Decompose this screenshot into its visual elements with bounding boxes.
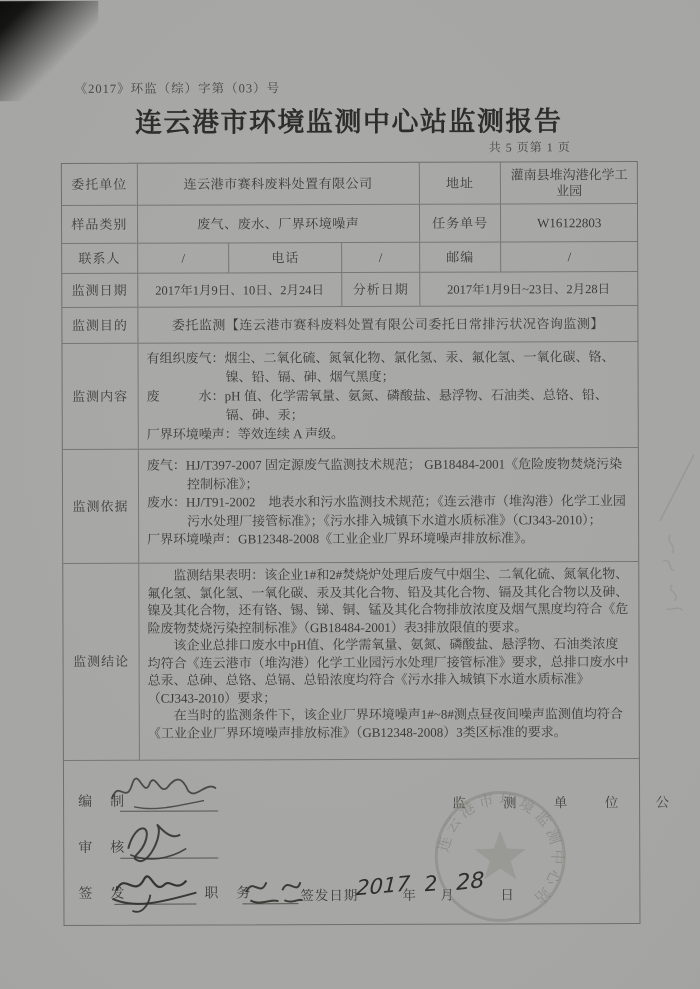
basis-item-head: 废水： <box>147 495 186 510</box>
monitor-purpose-value: 委托监测【连云港市赛科废料处置有限公司委托日常排污状况咨询监测】 <box>138 306 637 343</box>
monitor-date-value: 2017年1月9日、10日、2月24日 <box>138 273 342 307</box>
monitor-date-label: 监测日期 <box>62 274 138 307</box>
content-item-text: pH 值、化学需氧量、氨氮、磷酸盐、悬浮物、石油类、总铬、铅、镉、砷、汞； <box>225 387 608 422</box>
page-title: 连云港市环境监测中心站监测报告 <box>0 99 699 140</box>
monitor-purpose-label: 监测目的 <box>62 308 138 343</box>
entrust-unit-label: 委托单位 <box>62 164 138 205</box>
content-item-noise: 厂界环境噪声：等效连续 A 声级。 <box>147 423 630 444</box>
postcode-value: / <box>502 242 638 271</box>
table-row: 监测依据 废气：HJ/T397-2007 固定源废气监测技术规范； GB1848… <box>63 448 638 564</box>
table-row: 监测内容 有组织废气：烟尘、二氧化硫、氮氧化物、氯化氢、汞、氟化氢、一氧化碳、铬… <box>62 342 637 450</box>
content-item-head: 有组织废气： <box>146 350 224 365</box>
monitor-content-label: 监测内容 <box>62 344 138 449</box>
reviewed-signature-scribble <box>116 816 216 870</box>
basis-item-gas: 废气：HJ/T397-2007 固定源废气监测技术规范； GB18484-200… <box>147 455 630 494</box>
monitor-conclusion-label: 监测结论 <box>63 564 140 760</box>
issued-signature-scribble <box>108 864 208 920</box>
content-item-text: 烟尘、二氧化硫、氮氧化物、氯化氢、汞、氟化氢、一氧化碳、铬、镍、铅、镉、砷、烟气… <box>225 349 615 384</box>
content-item-gas: 有组织废气：烟尘、二氧化硫、氮氧化物、氯化氢、汞、氟化氢、一氧化碳、铬、镍、铅、… <box>146 347 629 387</box>
margin-annotation <box>648 451 699 636</box>
address-label: 地址 <box>420 162 502 203</box>
postcode-label: 邮编 <box>420 242 502 271</box>
basis-item-text: HJ/T91-2002 地表水和污水监测技术规范；《连云港市（堆沟港）化学工业园… <box>186 493 626 528</box>
seal-star-icon <box>474 830 526 879</box>
official-seal-stamp: 连云港市环境监测中心站 <box>429 785 571 927</box>
analysis-date-value: 2017年1月9日~23日、2月28日 <box>420 272 637 306</box>
content-item-text: 等效连续 A 声级。 <box>238 426 344 441</box>
basis-item-head: 废气： <box>147 458 186 473</box>
table-row: 样品类别 废气、废水、厂界环境噪声 任务单号 W16122803 <box>62 204 637 244</box>
phone-label: 电话 <box>230 243 343 272</box>
contact-value: / <box>138 243 230 272</box>
monitor-conclusion-value: 监测结果表明：该企业1#和2#焚烧炉处理后废气中烟尘、二氧化硫、氮氧化物、氟化氢… <box>139 562 639 760</box>
table-row: 监测结论 监测结果表明：该企业1#和2#焚烧炉处理后废气中烟尘、二氧化硫、氮氧化… <box>63 562 639 761</box>
task-number-label: 任务单号 <box>420 204 502 241</box>
content-item-head: 废 水： <box>147 388 225 403</box>
scanned-report-page: 《2017》环监（综）字第（03）号 连云港市环境监测中心站监测报告 共 5 页… <box>0 0 700 989</box>
address-value: 灌南县堆沟港化学工业园 <box>501 162 637 203</box>
scan-corner-shadow <box>0 1 99 101</box>
table-row: 监测目的 委托监测【连云港市赛科废料处置有限公司委托日常排污状况咨询监测】 <box>62 306 637 344</box>
analysis-date-label: 分析日期 <box>342 273 420 306</box>
conclusion-paragraph-gas: 监测结果表明：该企业1#和2#焚烧炉处理后废气中烟尘、二氧化硫、氮氧化物、氟化氢… <box>147 565 630 637</box>
table-row: 委托单位 连云港市赛科废料处置有限公司 地址 灌南县堆沟港化学工业园 <box>62 162 637 206</box>
task-number-value: W16122803 <box>501 204 637 241</box>
monitor-basis-value: 废气：HJ/T397-2007 固定源废气监测技术规范； GB18484-200… <box>139 448 638 563</box>
table-row: 联系人 / 电话 / 邮编 / <box>62 242 637 274</box>
sample-type-label: 样品类别 <box>62 206 138 243</box>
phone-value: / <box>342 243 420 272</box>
basis-item-water: 废水：HJ/T91-2002 地表水和污水监测技术规范；《连云港市（堆沟港）化学… <box>147 492 630 531</box>
basis-item-text: GB12348-2008《工业企业厂界环境噪声排放标准》。 <box>238 530 533 546</box>
sample-type-value: 废气、废水、厂界环境噪声 <box>138 205 420 243</box>
monitor-basis-label: 监测依据 <box>63 450 139 563</box>
issue-year-handwritten: 2017 <box>356 872 411 901</box>
issue-date-label: 签发日期 <box>300 884 358 904</box>
content-item-head: 厂界环境噪声： <box>147 426 238 441</box>
monitor-content-value: 有组织废气：烟尘、二氧化硫、氮氧化物、氯化氢、汞、氟化氢、一氧化碳、铬、镍、铅、… <box>138 342 637 449</box>
table-row: 监测日期 2017年1月9日、10日、2月24日 分析日期 2017年1月9日~… <box>62 272 637 308</box>
document-number: 《2017》环监（综）字第（03）号 <box>75 78 281 97</box>
contact-label: 联系人 <box>62 244 138 273</box>
job-title-scribble <box>240 870 304 908</box>
entrust-unit-value: 连云港市赛科废料处置有限公司 <box>138 163 420 205</box>
basis-item-head: 厂界环境噪声： <box>147 531 238 546</box>
conclusion-paragraph-noise: 在当时的监测条件下，该企业厂界环境噪声1#~8#测点昼夜间噪声监测值均符合《工业… <box>148 705 631 742</box>
basis-item-noise: 厂界环境噪声：GB12348-2008《工业企业厂界环境噪声排放标准》。 <box>147 529 630 549</box>
prepared-signature-scribble <box>104 768 224 814</box>
page-count: 共 5 页第 1 页 <box>61 138 571 157</box>
conclusion-paragraph-water: 该企业总排口废水中pH值、化学需氧量、氨氮、磷酸盐、悬浮物、石油类浓度均符合《连… <box>147 635 630 707</box>
basis-item-text: HJ/T397-2007 固定源废气监测技术规范； GB18484-2001《危… <box>186 456 622 491</box>
content-item-water: 废 水：pH 值、化学需氧量、氨氮、磷酸盐、悬浮物、石油类、总铬、铅、镉、砷、汞… <box>147 385 630 425</box>
